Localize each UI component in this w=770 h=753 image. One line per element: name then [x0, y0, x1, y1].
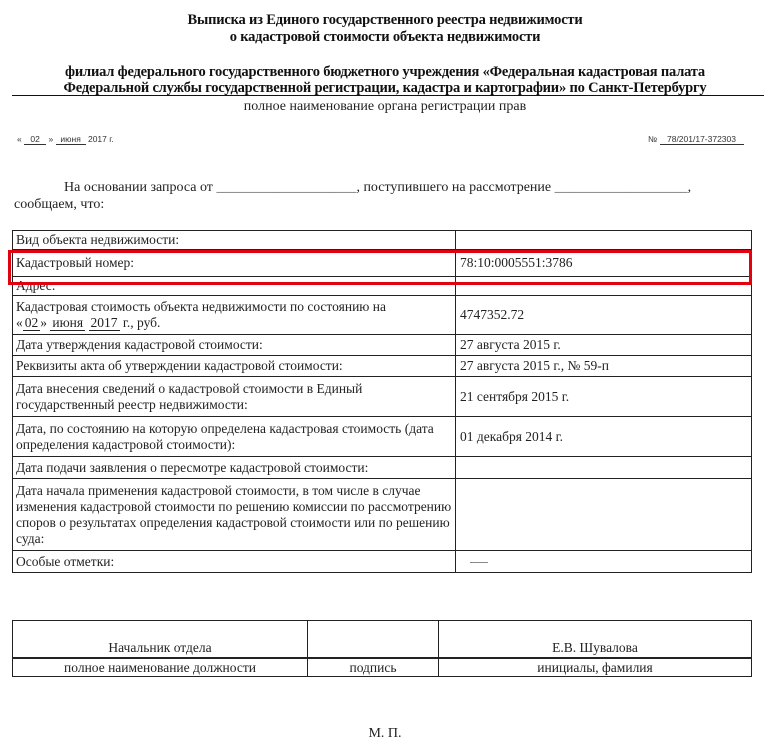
request-blank-1: ____________________	[216, 180, 356, 195]
issue-day: 02	[24, 134, 46, 145]
org-name-caption: полное наименование органа регистрации п…	[0, 98, 770, 116]
table-row-cadastral-value: Кадастровая стоимость объекта недвижимос…	[13, 296, 752, 335]
table-row: Дата начала применения кадастровой стоим…	[13, 479, 752, 551]
quote-close: »	[40, 315, 47, 330]
caption-name: инициалы, фамилия	[439, 658, 752, 677]
row-label: Реквизиты акта об утверждении кадастрово…	[13, 356, 456, 377]
row-label: Дата, по состоянию на которую определена…	[13, 417, 456, 457]
value-date-month: июня	[50, 315, 85, 331]
caption-signature: подпись	[308, 658, 439, 677]
table-row: Дата утверждения кадастровой стоимости: …	[13, 335, 752, 356]
table-row: Вид объекта недвижимости:	[13, 231, 752, 250]
row-value: 21 сентября 2015 г.	[456, 377, 752, 417]
label-text: Кадастровая стоимость объекта недвижимос…	[16, 299, 386, 314]
document-title-line1: Выписка из Единого государственного реес…	[0, 11, 770, 29]
document-title-line2: о кадастровой стоимости объекта недвижим…	[0, 28, 770, 46]
request-text-1: На основании запроса от	[64, 180, 213, 195]
row-label: Вид объекта недвижимости:	[13, 231, 456, 250]
row-label: Дата подачи заявления о пересмотре кадас…	[13, 457, 456, 479]
caption-position: полное наименование должности	[13, 658, 308, 677]
row-value: 27 августа 2015 г.	[456, 335, 752, 356]
label-suffix: г., руб.	[123, 315, 161, 330]
org-name-line2: Федеральной службы государственной регис…	[0, 80, 770, 96]
issue-year: 2017 г.	[88, 134, 114, 144]
cadastral-info-table: Вид объекта недвижимости: Кадастровый но…	[12, 230, 752, 573]
org-name-rule	[12, 95, 764, 96]
quote-open: «	[16, 315, 23, 330]
row-value	[456, 479, 752, 551]
signature-caption-row: полное наименование должности подпись ин…	[13, 658, 752, 677]
org-name-line1: филиал федерального государственного бюд…	[0, 64, 770, 80]
request-blank-2: ___________________	[555, 180, 688, 195]
table-row: Дата внесения сведений о кадастровой сто…	[13, 377, 752, 417]
row-label: Дата внесения сведений о кадастровой сто…	[13, 377, 456, 417]
row-value	[456, 231, 752, 250]
row-label: Дата начала применения кадастровой стоим…	[13, 479, 456, 551]
request-comma: ,	[688, 180, 692, 195]
row-value	[456, 457, 752, 479]
table-row-cadastral-number: Кадастровый номер: 78:10:0005551:3786	[13, 250, 752, 277]
stamp-place: М. П.	[0, 726, 770, 742]
row-label: Дата утверждения кадастровой стоимости:	[13, 335, 456, 356]
issue-number: № 78/201/17-372303	[648, 134, 744, 145]
signature-table: Начальник отдела Е.В. Шувалова полное на…	[12, 620, 752, 677]
row-value: 27 августа 2015 г., № 59-п	[456, 356, 752, 377]
value-date-day: 02	[23, 315, 41, 331]
signature-row: Начальник отдела Е.В. Шувалова	[13, 621, 752, 659]
signer-signature	[308, 621, 439, 659]
number-sign: №	[648, 134, 657, 144]
issue-date: « 02 » июня 2017 г.	[17, 134, 114, 145]
row-value: 01 декабря 2014 г.	[456, 417, 752, 457]
table-row: Адрес:	[13, 277, 752, 296]
signer-name: Е.В. Шувалова	[439, 621, 752, 659]
table-row: Дата, по состоянию на которую определена…	[13, 417, 752, 457]
table-row: Особые отметки:	[13, 551, 752, 573]
request-line1: На основании запроса от ________________…	[64, 179, 691, 196]
quote-open: «	[17, 134, 22, 144]
row-label: Адрес:	[13, 277, 456, 296]
request-text-2: , поступившего на рассмотрение	[356, 180, 551, 195]
issue-number-value: 78/201/17-372303	[660, 134, 744, 145]
issue-month: июня	[56, 134, 86, 145]
quote-close: »	[48, 134, 53, 144]
signer-position: Начальник отдела	[13, 621, 308, 659]
row-value-special-notes	[456, 551, 752, 573]
cadastral-number-value: 78:10:0005551:3786	[456, 250, 752, 277]
row-label: Особые отметки:	[13, 551, 456, 573]
row-value	[456, 277, 752, 296]
cadastral-value: 4747352.72	[456, 296, 752, 335]
table-row: Реквизиты акта об утверждении кадастрово…	[13, 356, 752, 377]
request-line2: сообщаем, что:	[14, 196, 104, 213]
empty-dash	[470, 562, 488, 563]
value-date-year: 2017	[89, 315, 120, 331]
table-row: Дата подачи заявления о пересмотре кадас…	[13, 457, 752, 479]
row-label: Кадастровый номер:	[13, 250, 456, 277]
row-label: Кадастровая стоимость объекта недвижимос…	[13, 296, 456, 335]
